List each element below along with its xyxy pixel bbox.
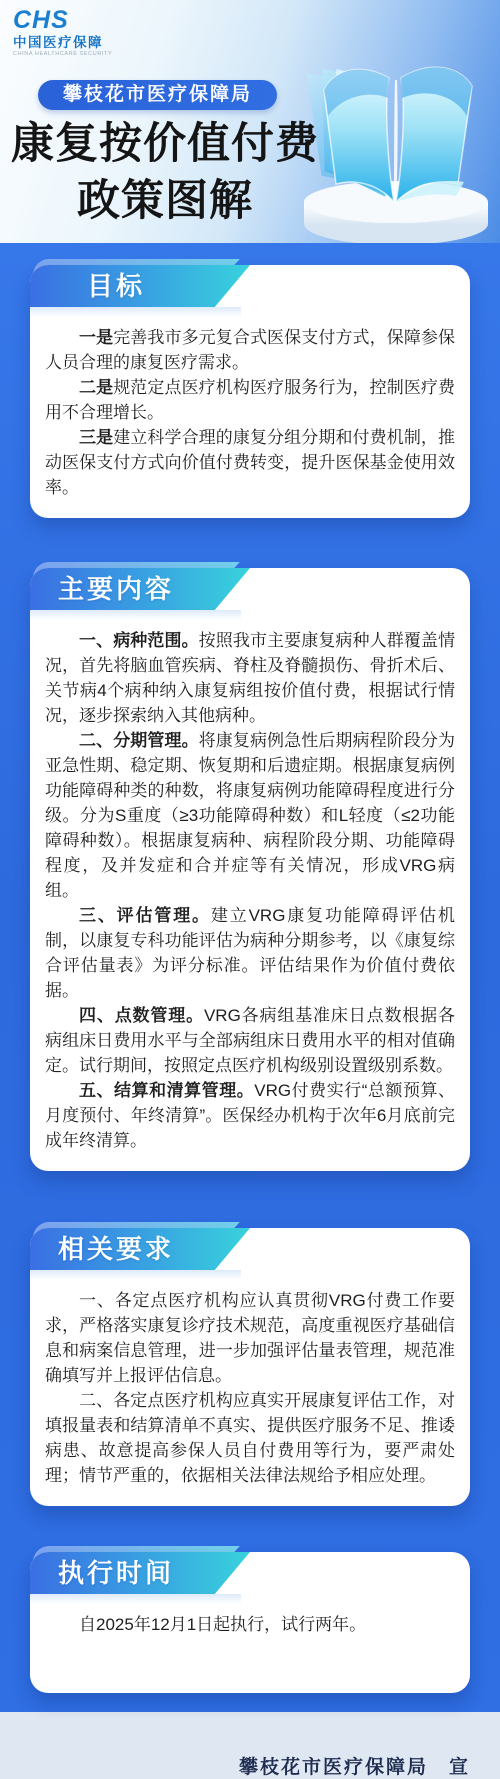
poster-title-line1: 康复按价值付费 — [4, 116, 326, 173]
paragraph: 五、结算和清算管理。VRG付费实行“总额预算、月度预付、年终清算”。医保经办机构… — [45, 1078, 455, 1153]
section-heading-shade — [30, 1594, 241, 1604]
paragraph: 二、分期管理。将康复病例急性后期病程阶段分为亚急性期、稳定期、恢复期和后遗症期。… — [45, 728, 455, 903]
section-card-2: 主要内容一、病种范围。按照我市主要康复病种人群覆盖情况，首先将脑血管疾病、脊柱及… — [30, 568, 470, 1171]
section-card-1: 目标一是完善我市多元复合式医保支付方式，保障参保人员合理的康复医疗需求。二是规范… — [30, 265, 470, 518]
section-paragraphs: 一是完善我市多元复合式医保支付方式，保障参保人员合理的康复医疗需求。二是规范定点… — [45, 325, 455, 500]
section-heading-band: 执行时间 — [30, 1552, 250, 1594]
chs-logo-name-cn: 中国医疗保障 — [13, 36, 112, 50]
section-heading: 相关要求 — [30, 1228, 202, 1270]
agency-badge: 攀枝花市医疗保障局 — [38, 80, 277, 110]
section-heading-shade — [30, 1270, 241, 1280]
paragraph: 自2025年12月1日起执行，试行两年。 — [45, 1612, 455, 1637]
section-card-surface: 主要内容一、病种范围。按照我市主要康复病种人群覆盖情况，首先将脑血管疾病、脊柱及… — [30, 568, 470, 1171]
paragraph: 三是建立科学合理的康复分组分期和付费机制，推动医保支付方式向价值付费转变，提升医… — [45, 425, 455, 500]
poster-title-line2: 政策图解 — [4, 173, 326, 230]
section-card-surface: 目标一是完善我市多元复合式医保支付方式，保障参保人员合理的康复医疗需求。二是规范… — [30, 265, 470, 518]
section-heading: 主要内容 — [30, 568, 202, 610]
paragraph-lead: 一是 — [79, 328, 113, 347]
section-heading-shade — [30, 610, 241, 620]
paragraph-lead: 二是 — [79, 378, 113, 397]
paragraph: 一、病种范围。按照我市主要康复病种人群覆盖情况，首先将脑血管疾病、脊柱及脊髓损伤… — [45, 628, 455, 728]
paragraph-lead: 四、点数管理。 — [79, 1006, 204, 1025]
paragraph-text: 一、各定点医疗机构应认真贯彻VRG付费工作要求，严格落实康复诊疗技术规范，高度重… — [45, 1291, 455, 1385]
paragraph: 一、各定点医疗机构应认真贯彻VRG付费工作要求，严格落实康复诊疗技术规范，高度重… — [45, 1288, 455, 1388]
paragraph-lead: 一、病种范围。 — [79, 631, 199, 650]
paragraph-lead: 五、结算和清算管理。 — [79, 1081, 254, 1100]
section-paragraphs: 自2025年12月1日起执行，试行两年。 — [45, 1612, 455, 1637]
section-card-4: 执行时间自2025年12月1日起执行，试行两年。 — [30, 1552, 470, 1693]
paragraph-lead: 三、评估管理。 — [79, 906, 211, 925]
hero-header: CHS 中国医疗保障 CHINA HEALTHCARE SECURITY 攀枝花… — [0, 0, 500, 243]
chs-logo: CHS 中国医疗保障 CHINA HEALTHCARE SECURITY — [13, 8, 112, 57]
section-heading-shade — [30, 307, 241, 317]
paragraph-lead: 二、分期管理。 — [79, 731, 199, 750]
section-heading-band: 主要内容 — [30, 568, 250, 610]
section-card-surface: 执行时间自2025年12月1日起执行，试行两年。 — [30, 1552, 470, 1693]
chs-logo-name-en: CHINA HEALTHCARE SECURITY — [13, 52, 112, 58]
footer-credit: 攀枝花市医疗保障局 宣 — [0, 1712, 500, 1779]
paragraph-lead: 三是 — [79, 428, 113, 447]
poster-page: CHS 中国医疗保障 CHINA HEALTHCARE SECURITY 攀枝花… — [0, 0, 500, 1779]
paragraph: 三、评估管理。建立VRG康复功能障碍评估机制，以康复专科功能评估为病种分期参考，… — [45, 903, 455, 1003]
paragraph-text: 将康复病例急性后期病程阶段分为亚急性期、稳定期、恢复期和后遗症期。根据康复病例功… — [45, 731, 455, 900]
section-card-surface: 相关要求一、各定点医疗机构应认真贯彻VRG付费工作要求，严格落实康复诊疗技术规范… — [30, 1228, 470, 1506]
paragraph: 一是完善我市多元复合式医保支付方式，保障参保人员合理的康复医疗需求。 — [45, 325, 455, 375]
section-heading-band: 相关要求 — [30, 1228, 250, 1270]
section-paragraphs: 一、病种范围。按照我市主要康复病种人群覆盖情况，首先将脑血管疾病、脊柱及脊髓损伤… — [45, 628, 455, 1153]
open-book-illustration — [298, 46, 494, 243]
paragraph-text: 二、各定点医疗机构应真实开展康复评估工作，对填报量表和结算清单不真实、提供医疗服… — [45, 1391, 455, 1485]
paragraph: 二是规范定点医疗机构医疗服务行为，控制医疗费用不合理增长。 — [45, 375, 455, 425]
poster-title: 康复按价值付费 政策图解 — [4, 116, 326, 230]
cards: 目标一是完善我市多元复合式医保支付方式，保障参保人员合理的康复医疗需求。二是规范… — [0, 243, 500, 1712]
section-heading: 执行时间 — [30, 1552, 202, 1594]
paragraph: 四、点数管理。VRG各病组基准床日点数根据各病组床日费用水平与全部病组床日费用水… — [45, 1003, 455, 1078]
paragraph-text: 自2025年12月1日起执行，试行两年。 — [79, 1615, 366, 1634]
chs-logo-abbr: CHS — [13, 8, 112, 33]
section-heading-band: 目标 — [30, 265, 250, 307]
section-heading: 目标 — [30, 265, 202, 307]
section-paragraphs: 一、各定点医疗机构应认真贯彻VRG付费工作要求，严格落实康复诊疗技术规范，高度重… — [45, 1288, 455, 1488]
paragraph: 二、各定点医疗机构应真实开展康复评估工作，对填报量表和结算清单不真实、提供医疗服… — [45, 1388, 455, 1488]
section-card-3: 相关要求一、各定点医疗机构应认真贯彻VRG付费工作要求，严格落实康复诊疗技术规范… — [30, 1228, 470, 1506]
